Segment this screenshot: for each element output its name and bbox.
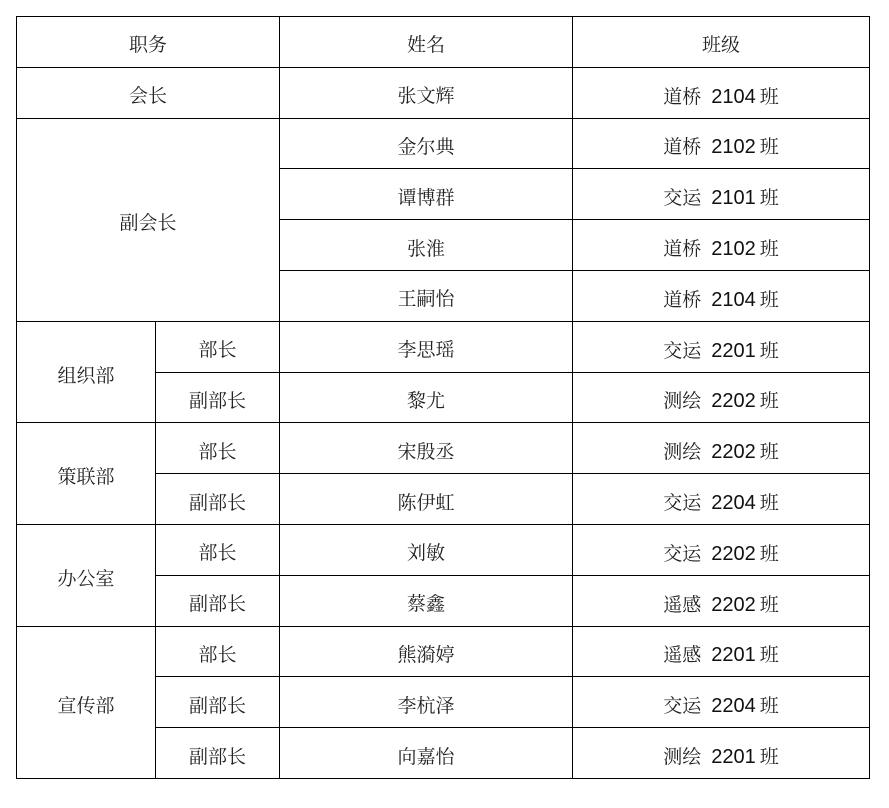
name-cell: 黎尤	[280, 372, 573, 423]
member-roster-table: 职务 姓名 班级 会长 张文辉 道桥2104班 副会长 金尔典 道桥2102班 …	[16, 16, 870, 779]
class-number: 2204	[711, 492, 756, 514]
position-cell: 部长	[156, 626, 280, 677]
class-major: 遥感	[663, 644, 701, 666]
name-cell: 刘敏	[280, 524, 573, 575]
class-suffix: 班	[760, 340, 779, 362]
class-number: 2104	[711, 289, 756, 311]
class-suffix: 班	[760, 746, 779, 768]
class-major: 测绘	[663, 390, 701, 412]
class-cell: 测绘2202班	[573, 423, 870, 474]
table-row: 会长 张文辉 道桥2104班	[17, 67, 870, 118]
name-cell: 熊漪婷	[280, 626, 573, 677]
name-cell: 向嘉怡	[280, 728, 573, 779]
class-suffix: 班	[760, 695, 779, 717]
class-major: 道桥	[663, 136, 701, 158]
class-number: 2102	[711, 136, 756, 158]
table-row: 策联部 部长 宋殷丞 测绘2202班	[17, 423, 870, 474]
position-cell: 副部长	[156, 372, 280, 423]
department-cell: 策联部	[17, 423, 156, 525]
name-cell: 宋殷丞	[280, 423, 573, 474]
class-number: 2201	[711, 340, 756, 362]
position-cell: 部长	[156, 423, 280, 474]
class-suffix: 班	[760, 187, 779, 209]
role-cell: 副会长	[17, 118, 280, 321]
class-cell: 交运2202班	[573, 524, 870, 575]
table-row: 组织部 部长 李思瑶 交运2201班	[17, 321, 870, 372]
role-cell: 会长	[17, 67, 280, 118]
class-suffix: 班	[760, 543, 779, 565]
name-cell: 陈伊虹	[280, 474, 573, 525]
class-suffix: 班	[760, 390, 779, 412]
class-suffix: 班	[760, 492, 779, 514]
document-page: 职务 姓名 班级 会长 张文辉 道桥2104班 副会长 金尔典 道桥2102班 …	[0, 0, 889, 808]
class-cell: 道桥2104班	[573, 270, 870, 321]
department-cell: 组织部	[17, 321, 156, 423]
class-major: 道桥	[663, 238, 701, 260]
class-number: 2201	[711, 746, 756, 768]
table-row: 宣传部 部长 熊漪婷 遥感2201班	[17, 626, 870, 677]
class-number: 2204	[711, 695, 756, 717]
header-name: 姓名	[280, 17, 573, 68]
class-major: 交运	[663, 340, 701, 362]
name-cell: 金尔典	[280, 118, 573, 169]
class-cell: 测绘2202班	[573, 372, 870, 423]
class-major: 交运	[663, 187, 701, 209]
class-suffix: 班	[760, 594, 779, 616]
class-number: 2202	[711, 594, 756, 616]
class-number: 2202	[711, 390, 756, 412]
name-cell: 谭博群	[280, 169, 573, 220]
class-number: 2101	[711, 187, 756, 209]
header-row: 职务 姓名 班级	[17, 17, 870, 68]
class-cell: 遥感2201班	[573, 626, 870, 677]
class-cell: 交运2204班	[573, 474, 870, 525]
name-cell: 李思瑶	[280, 321, 573, 372]
class-number: 2102	[711, 238, 756, 260]
position-cell: 副部长	[156, 474, 280, 525]
class-major: 交运	[663, 492, 701, 514]
class-cell: 交运2204班	[573, 677, 870, 728]
class-number: 2202	[711, 441, 756, 463]
class-cell: 测绘2201班	[573, 728, 870, 779]
class-cell: 道桥2104班	[573, 67, 870, 118]
position-cell: 副部长	[156, 728, 280, 779]
class-suffix: 班	[760, 644, 779, 666]
class-cell: 遥感2202班	[573, 575, 870, 626]
class-cell: 交运2101班	[573, 169, 870, 220]
position-cell: 副部长	[156, 575, 280, 626]
position-cell: 副部长	[156, 677, 280, 728]
class-cell: 道桥2102班	[573, 220, 870, 271]
class-cell: 道桥2102班	[573, 118, 870, 169]
table-row: 副会长 金尔典 道桥2102班	[17, 118, 870, 169]
class-number: 2202	[711, 543, 756, 565]
name-cell: 张淮	[280, 220, 573, 271]
class-number: 2201	[711, 644, 756, 666]
name-cell: 张文辉	[280, 67, 573, 118]
class-major: 交运	[663, 543, 701, 565]
name-cell: 蔡鑫	[280, 575, 573, 626]
name-cell: 李杭泽	[280, 677, 573, 728]
class-suffix: 班	[760, 441, 779, 463]
class-cell: 交运2201班	[573, 321, 870, 372]
class-number: 2104	[711, 86, 756, 108]
class-suffix: 班	[760, 86, 779, 108]
header-class: 班级	[573, 17, 870, 68]
class-major: 道桥	[663, 86, 701, 108]
class-major: 测绘	[663, 746, 701, 768]
class-suffix: 班	[760, 289, 779, 311]
table-row: 办公室 部长 刘敏 交运2202班	[17, 524, 870, 575]
position-cell: 部长	[156, 524, 280, 575]
class-suffix: 班	[760, 238, 779, 260]
name-cell: 王嗣怡	[280, 270, 573, 321]
class-major: 测绘	[663, 441, 701, 463]
class-major: 交运	[663, 695, 701, 717]
department-cell: 办公室	[17, 524, 156, 626]
class-major: 遥感	[663, 594, 701, 616]
position-cell: 部长	[156, 321, 280, 372]
header-role: 职务	[17, 17, 280, 68]
class-suffix: 班	[760, 136, 779, 158]
class-major: 道桥	[663, 289, 701, 311]
department-cell: 宣传部	[17, 626, 156, 778]
